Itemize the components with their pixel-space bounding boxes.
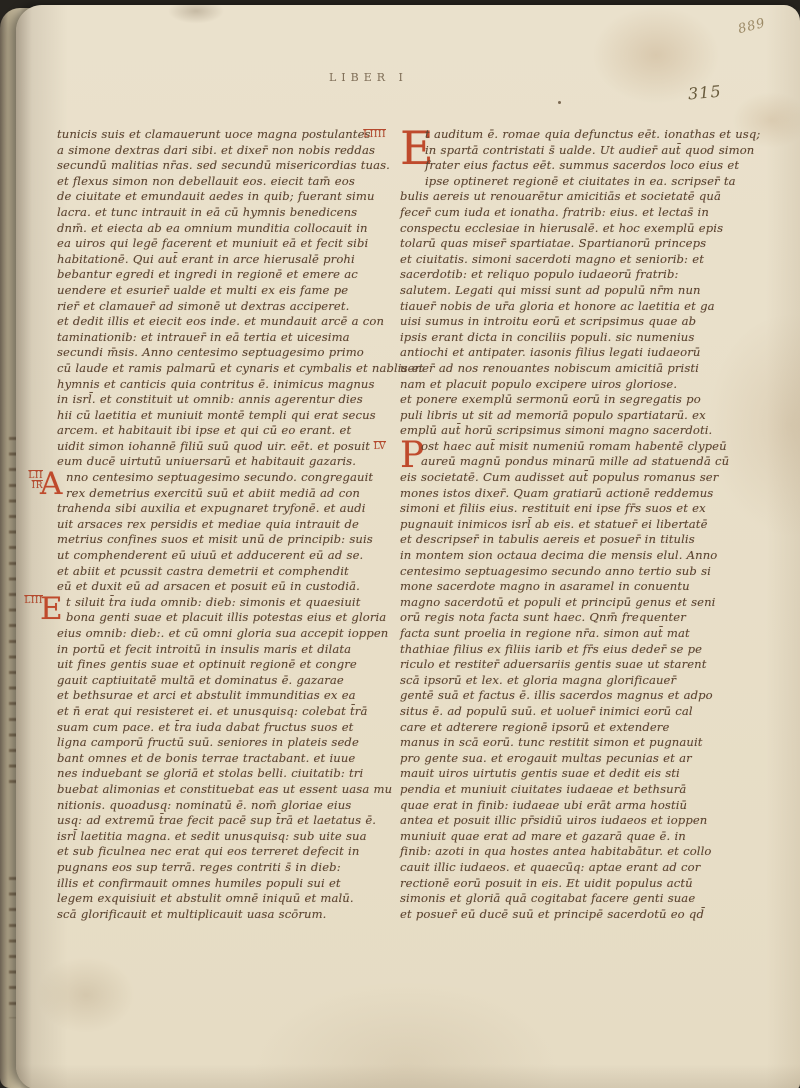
text-block: LIIIEt siluit t̄ra iuda omnib: dieb: sim… (57, 595, 399, 922)
text-line: hymnis et canticis quia contritus ē. ini… (57, 377, 399, 393)
text-line: rier̄ et clamauer̄ ad simonē ut dextras … (57, 299, 399, 315)
text-block: LIIIRAnno centesimo septuagesimo secundo… (57, 470, 399, 595)
text-line: tolarū quas miser̄ spartiatae. Spartiano… (400, 236, 742, 252)
text-line: rectionē eorū posuit in eis. Et uidit po… (400, 876, 742, 892)
manuscript-page: LIBER I 889 315 tunicis suis et clamauer… (16, 5, 800, 1088)
text-line: thathiae filius ex filiis iarib et fr̄s … (400, 642, 742, 658)
text-line: facta sunt proelia in regione nr̄a. simo… (400, 626, 742, 642)
text-line: tiauer̄ nobis de ur̄a gloria et honore a… (400, 299, 742, 315)
text-line: conspectu ecclesiae in hierusalē. et hoc… (400, 221, 742, 237)
text-line: lacra. et tunc intrauit in eā cū hymnis … (57, 205, 399, 221)
text-line: finib: azoti in qua hostes antea habitab… (400, 844, 742, 860)
text-line: manus in scā eorū. tunc restitit simon e… (400, 735, 742, 751)
text-line: trahenda sibi auxilia et expugnaret tryf… (57, 501, 399, 517)
rubricated-initial: E (40, 595, 49, 626)
text-line: eum ducē uirtutū uniuersarū et habitauit… (57, 454, 399, 470)
text-line: buebat alimonias et constituebat eas ut … (57, 782, 399, 798)
text-line: fecer̄ cum iuda et ionatha. fratrib: eiu… (400, 205, 742, 221)
text-line: cū laude et ramis palmarū et cynaris et … (57, 361, 399, 377)
text-line: uener̄ ad nos renouantes nobiscum amicit… (400, 361, 742, 377)
rubricated-initial: A (40, 470, 49, 501)
text-line: pugnans eos sup terrā. reges contriti s̄… (57, 860, 399, 876)
text-line: ost haec aut̄ misit numeniū romam habent… (400, 439, 742, 455)
text-line: ipsis erant dicta in conciliis populi. s… (400, 330, 742, 346)
text-line: de ciuitate et emundauit aedes in quib; … (57, 189, 399, 205)
text-line: gentē suā et factus ē. illis sacerdos ma… (400, 688, 742, 704)
text-line: ea uiros qui legē facerent et muniuit eā… (57, 236, 399, 252)
text-line: simonis et gloriā quā cogitabat facere g… (400, 891, 742, 907)
text-line: isrl̄ laetitia magna. et sedit unusquisq… (57, 829, 399, 845)
text-line: nno centesimo septuagesimo secundo. cong… (57, 470, 399, 486)
text-line: sacerdotib: et reliquo populo iudaeorū f… (400, 267, 742, 283)
text-line: bebantur egredi et ingredi in regionē et… (57, 267, 399, 283)
text-line: antea et posuit illic pr̄sidiū uiros iud… (400, 813, 742, 829)
text-line: magno sacerdotū et populi et principū ge… (400, 595, 742, 611)
text-line: ligna camporū fructū suū. seniores in pl… (57, 735, 399, 751)
text-line: mone sacerdote magno in asaramel in conu… (400, 579, 742, 595)
text-line: scā glorificauit et multiplicauit uasa s… (57, 907, 399, 923)
text-line: puli libris ut sit ad memoriā populo spa… (400, 408, 742, 424)
text-line: gauit captiuitatē multā et dominatus ē. … (57, 673, 399, 689)
text-line: taminationib: et intrauer̄ in eā tertia … (57, 330, 399, 346)
text-line: suam cum pace. et t̄ra iuda dabat fructu… (57, 720, 399, 736)
text-line: uendere et esurier̄ ualde et multi ex ei… (57, 283, 399, 299)
text-line: usq: ad extremū t̄rae fecit pacē sup t̄r… (57, 813, 399, 829)
text-line: secundū malitias nr̄as. sed secundū mise… (57, 158, 399, 174)
text-line: frater eius factus eēt. summus sacerdos … (400, 158, 742, 174)
text-line: muniuit quae erat ad mare et gazarā quae… (400, 829, 742, 845)
text-line: uit fines gentis suae et optinuit region… (57, 657, 399, 673)
text-line: et flexus simon non debellauit eos. eiec… (57, 174, 399, 190)
text-line: bant omnes et de bonis terrae tractabant… (57, 751, 399, 767)
text-line: nes induebant se gloriā et stolas belli.… (57, 766, 399, 782)
text-line: pendia et muniuit ciuitates iudaeae et b… (400, 782, 742, 798)
text-line: et bethsurae et arci et abstulit immundi… (57, 688, 399, 704)
text-line: a simone dextras dari sibi. et dixer̄ no… (57, 143, 399, 159)
text-line: et sub ficulnea nec erat qui eos terrere… (57, 844, 399, 860)
text-line: mauit uiros uirtutis gentis suae et dedi… (400, 766, 742, 782)
text-line: et ciuitatis. simoni sacerdoti magno et … (400, 252, 742, 268)
text-line: et descripser̄ in tabulis aereis et posu… (400, 532, 742, 548)
chapter-number-rubric: LV (360, 442, 386, 452)
old-foliation-number: 889 (737, 16, 768, 37)
text-line: pro gente sua. et erogauit multas pecuni… (400, 751, 742, 767)
text-line: et posuer̄ eū ducē suū et principē sacer… (400, 907, 742, 923)
text-column-right: LIIIIEt auditum ē. romae quia defunctus … (400, 127, 742, 922)
text-line: uidit simon iohannē filiū suū quod uir. … (57, 439, 399, 455)
text-line: in spartā contristati s̄ ualde. Ut audie… (400, 143, 742, 159)
text-line: habitationē. Qui aut̄ erant in arce hier… (57, 252, 399, 268)
text-line: bulis aereis ut renouarētur amicitiās et… (400, 189, 742, 205)
text-line: eius omnib: dieb:. et cū omni gloria sua… (57, 626, 399, 642)
text-line: simoni et filiis eius. restituit eni ips… (400, 501, 742, 517)
text-line: dnm̄. et eiecta ab ea omnium munditia co… (57, 221, 399, 237)
text-line: uisi sumus in introitu eorū et scripsimu… (400, 314, 742, 330)
text-line: aureū magnū pondus minarū mille ad statu… (400, 454, 742, 470)
text-column-left: tunicis suis et clamauerunt uoce magna p… (57, 127, 399, 922)
text-line: secundi m̄sis. Anno centesimo septuagesi… (57, 345, 399, 361)
text-line: metrius confines suos et misit unū de pr… (57, 532, 399, 548)
text-line: nam et placuit populo excipere uiros glo… (400, 377, 742, 393)
chapter-number-rubric: LIIII (360, 130, 386, 140)
text-line: care et adterere regionē ipsorū et exten… (400, 720, 742, 736)
text-line: quae erat in finib: iudaeae ubi erāt arm… (400, 798, 742, 814)
text-line: centesimo septuagesimo secundo anno tert… (400, 564, 742, 580)
folio-number: 315 (687, 82, 722, 104)
text-line: t siluit t̄ra iuda omnib: dieb: simonis … (57, 595, 399, 611)
text-line: et ponere exemplū sermonū eorū in segreg… (400, 392, 742, 408)
text-line: eis societatē. Cum audisset aut̄ populus… (400, 470, 742, 486)
text-line: scā ipsorū et lex. et gloria magna glori… (400, 673, 742, 689)
text-line: hii cū laetitia et muniuit montē templi … (57, 408, 399, 424)
text-line: illis et confirmauit omnes humiles popul… (57, 876, 399, 892)
text-line: in montem sion octaua decima die mensis … (400, 548, 742, 564)
ink-dot (558, 101, 561, 104)
text-line: orū regis nota facta sunt haec. Qnm̄ fre… (400, 610, 742, 626)
text-line: arcem. et habitauit ibi ipse et qui cū e… (57, 423, 399, 439)
text-line: mones istos dixer̄. Quam gratiarū action… (400, 486, 742, 502)
text-block: LIIIIEt auditum ē. romae quia defunctus … (400, 127, 742, 439)
text-line: situs ē. ad populū suū. et uoluer̄ inimi… (400, 704, 742, 720)
text-block: LVPost haec aut̄ misit numeniū romam hab… (400, 439, 742, 922)
text-line: riculo et restiter̄ aduersariis gentis s… (400, 657, 742, 673)
text-line: uit arsaces rex persidis et mediae quia … (57, 517, 399, 533)
text-line: cauit illic iudaeos. et quaecūq: aptae e… (400, 860, 742, 876)
rubricated-initial: E (400, 127, 425, 174)
text-line: et dedit illis et eiecit eos inde. et mu… (57, 314, 399, 330)
text-line: ipse optineret regionē et ciuitates in e… (400, 174, 742, 190)
text-line: tunicis suis et clamauerunt uoce magna p… (57, 127, 399, 143)
text-line: rex demetrius exercitū suū et abiit medi… (57, 486, 399, 502)
text-line: bona genti suae et placuit illis potesta… (57, 610, 399, 626)
running-title: LIBER I (329, 71, 408, 84)
text-line: salutem. Legati qui missi sunt ad populū… (400, 283, 742, 299)
text-line: legem exquisiuit et abstulit omnē iniquū… (57, 891, 399, 907)
text-line: pugnauit inimicos isrl̄ ab eis. et statu… (400, 517, 742, 533)
text-block: tunicis suis et clamauerunt uoce magna p… (57, 127, 399, 470)
text-line: emplū aut̄ horū scripsimus simoni magno … (400, 423, 742, 439)
text-line: eū et duxit eū ad arsacen et posuit eū i… (57, 579, 399, 595)
text-line: in portū et fecit introitū in insulis ma… (57, 642, 399, 658)
text-line: t auditum ē. romae quia defunctus eēt. i… (400, 127, 742, 143)
text-line: et n̄ erat qui resisteret ei. et unusqui… (57, 704, 399, 720)
text-line: in isrl̄. et constituit ut omnib: annis … (57, 392, 399, 408)
text-line: antiochi et antipater. iasonis filius le… (400, 345, 742, 361)
text-line: ut comphenderent eū uiuū et adducerent e… (57, 548, 399, 564)
text-line: nitionis. quoadusq: nominatū ē. nom̄ glo… (57, 798, 399, 814)
text-line: et abiit et pcussit castra demetrii et c… (57, 564, 399, 580)
rubricated-initial: P (400, 439, 421, 470)
